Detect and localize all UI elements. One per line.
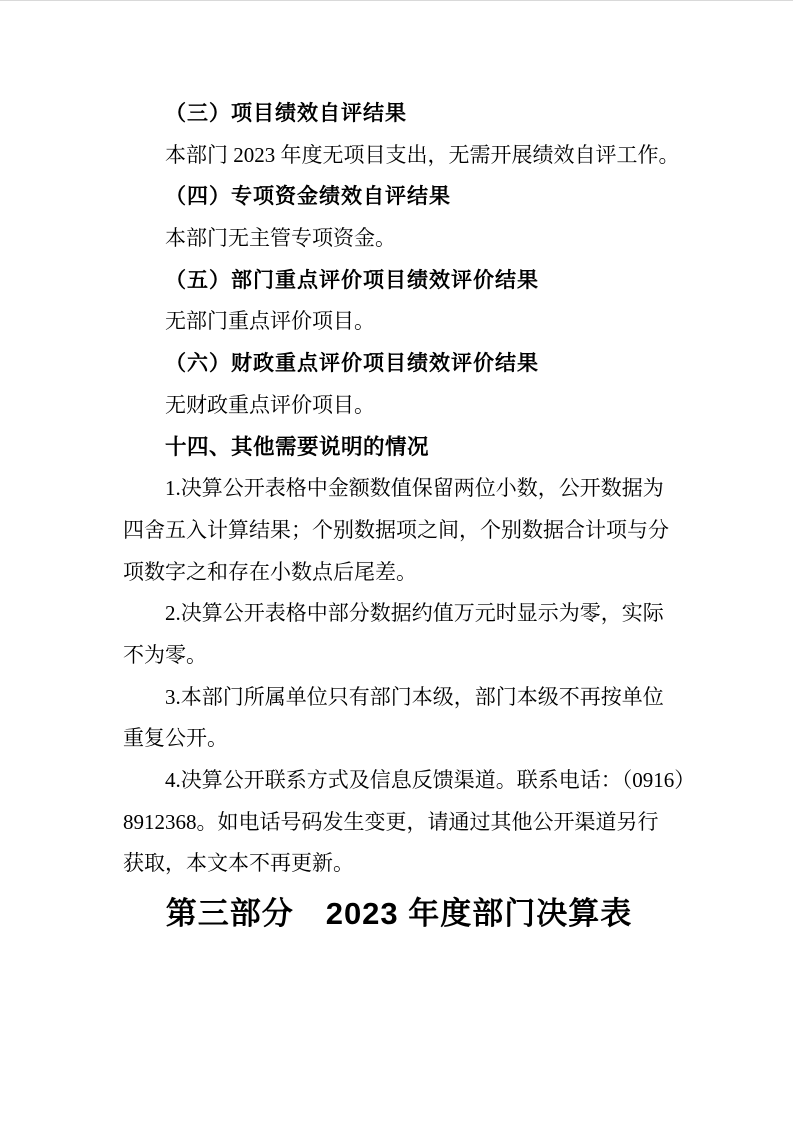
document-page: （三）项目绩效自评结果 本部门 2023 年度无项目支出，无需开展绩效自评工作。… bbox=[0, 0, 793, 1122]
document-content: （三）项目绩效自评结果 本部门 2023 年度无项目支出，无需开展绩效自评工作。… bbox=[123, 93, 675, 937]
paragraph-no-fiscal-eval: 无财政重点评价项目。 bbox=[123, 385, 675, 427]
note-3-line-1: 3.本部门所属单位只有部门本级，部门本级不再按单位 bbox=[123, 677, 675, 719]
subheading-section-4: （四）专项资金绩效自评结果 bbox=[123, 176, 675, 218]
note-3-line-2: 重复公开。 bbox=[123, 718, 675, 760]
paragraph-no-dept-eval: 无部门重点评价项目。 bbox=[123, 301, 675, 343]
heading-section-14: 十四、其他需要说明的情况 bbox=[123, 427, 675, 469]
note-2-line-2: 不为零。 bbox=[123, 635, 675, 677]
note-1-line-2: 四舍五入计算结果；个别数据项之间，个别数据合计项与分 bbox=[123, 510, 675, 552]
note-4-line-1: 4.决算公开联系方式及信息反馈渠道。联系电话：（0916） bbox=[123, 760, 675, 802]
note-4-line-2: 8912368。如电话号码发生变更，请通过其他公开渠道另行 bbox=[123, 802, 675, 844]
note-2-line-1: 2.决算公开表格中部分数据约值万元时显示为零，实际 bbox=[123, 593, 675, 635]
subheading-section-5: （五）部门重点评价项目绩效评价结果 bbox=[123, 260, 675, 302]
paragraph-no-special-funds: 本部门无主管专项资金。 bbox=[123, 218, 675, 260]
paragraph-no-project-expense: 本部门 2023 年度无项目支出，无需开展绩效自评工作。 bbox=[123, 135, 675, 177]
note-4-line-3: 获取，本文本不再更新。 bbox=[123, 843, 675, 885]
subheading-section-6: （六）财政重点评价项目绩效评价结果 bbox=[123, 343, 675, 385]
note-1-line-3: 项数字之和存在小数点后尾差。 bbox=[123, 552, 675, 594]
part3-title: 第三部分 2023 年度部门决算表 bbox=[123, 891, 675, 937]
subheading-section-3: （三）项目绩效自评结果 bbox=[123, 93, 675, 135]
note-1-line-1: 1.决算公开表格中金额数值保留两位小数，公开数据为 bbox=[123, 468, 675, 510]
page-top-edge-line bbox=[0, 0, 793, 1]
